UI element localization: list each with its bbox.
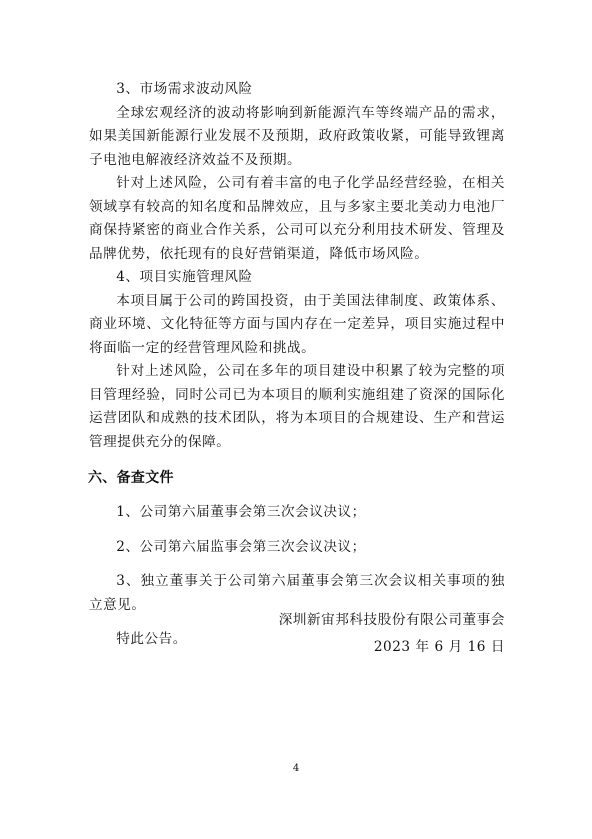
document-body: 3、市场需求波动风险 全球宏观经济的波动将影响到新能源汽车等终端产品的需求，如果… bbox=[89, 78, 505, 663]
section-3-paragraph-1: 全球宏观经济的波动将影响到新能源汽车等终端产品的需求，如果美国新能源行业发展不及… bbox=[89, 102, 505, 173]
page-number: 4 bbox=[0, 763, 592, 774]
section-4-paragraph-2: 针对上述风险，公司在多年的项目建设中积累了较为完整的项目管理经验，同时公司已为本… bbox=[89, 360, 505, 454]
section-4-paragraph-1: 本项目属于公司的跨国投资，由于美国法律制度、政策体系、商业环境、文化特征等方面与… bbox=[89, 290, 505, 361]
section-6-heading: 六、备查文件 bbox=[88, 467, 505, 487]
signature-date: 2023 年 6 月 16 日 bbox=[374, 635, 505, 655]
reference-item-2: 2、公司第六届监事会第三次会议决议； bbox=[89, 536, 505, 560]
reference-item-1: 1、公司第六届董事会第三次会议决议； bbox=[89, 501, 505, 525]
section-4-title: 4、项目实施管理风险 bbox=[89, 266, 505, 290]
signature-company: 深圳新宙邦科技股份有限公司董事会 bbox=[279, 608, 505, 628]
section-3-paragraph-2: 针对上述风险，公司有着丰富的电子化学品经营经验，在相关领域享有较高的知名度和品牌… bbox=[89, 172, 505, 266]
section-3-title: 3、市场需求波动风险 bbox=[89, 78, 505, 102]
